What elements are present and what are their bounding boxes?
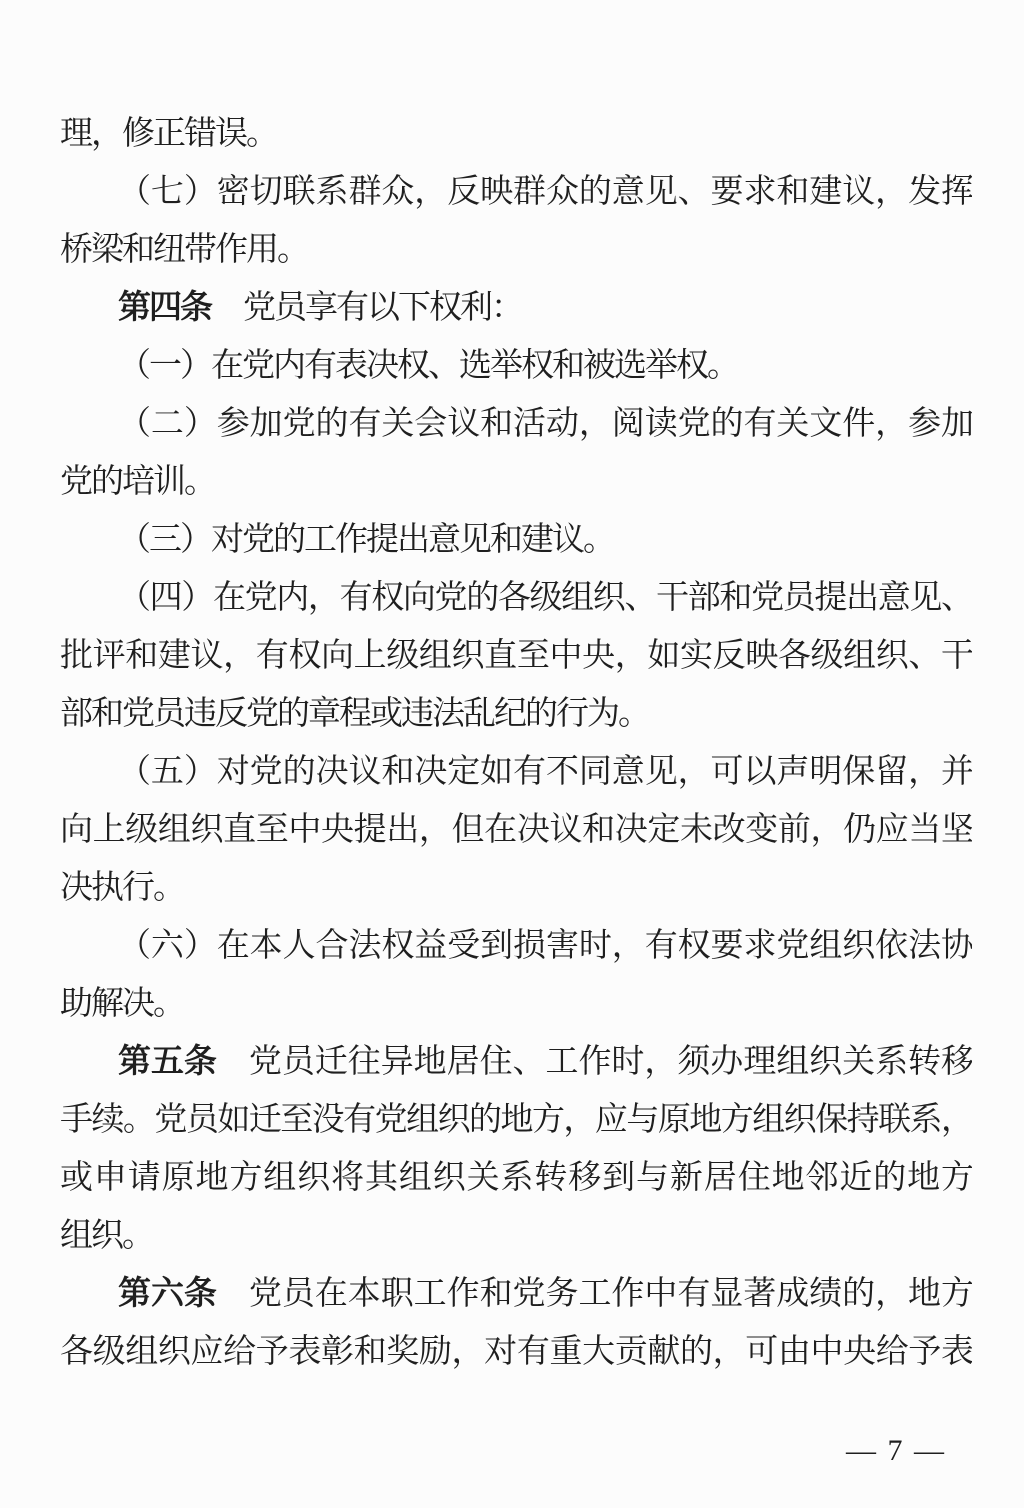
text-line: （三）对党的工作提出意见和建议。 [60, 511, 972, 569]
text-line: （四）在党内，有权向党的各级组织、干部和党员提出意见、 [60, 569, 972, 627]
text-line: 桥梁和纽带作用。 [60, 221, 972, 279]
text-line: （一）在党内有表决权、选举权和被选举权。 [60, 337, 972, 395]
text-line: 或申请原地方组织将其组织关系转移到与新居住地邻近的地方 [60, 1149, 972, 1207]
text-line: 部和党员违反党的章程或违法乱纪的行为。 [60, 685, 972, 743]
article-number: 第六条 [118, 1276, 217, 1312]
text-line: 理，修正错误。 [60, 105, 972, 163]
text-line: 助解决。 [60, 975, 972, 1033]
text-line: （六）在本人合法权益受到损害时，有权要求党组织依法协 [60, 917, 972, 975]
text-line: （七）密切联系群众，反映群众的意见、要求和建议，发挥 [60, 163, 972, 221]
document-page: 理，修正错误。（七）密切联系群众，反映群众的意见、要求和建议，发挥桥梁和纽带作用… [0, 0, 1024, 1508]
page-number: — 7 — [846, 1434, 946, 1468]
text-line: 第五条党员迁往异地居住、工作时，须办理组织关系转移 [60, 1033, 972, 1091]
text-line: 组织。 [60, 1207, 972, 1265]
text-line: 向上级组织直至中央提出，但在决议和决定未改变前，仍应当坚 [60, 801, 972, 859]
text-line: 手续。党员如迁至没有党组织的地方，应与原地方组织保持联系， [60, 1091, 972, 1149]
text-line: 党的培训。 [60, 453, 972, 511]
article-number: 第四条 [118, 290, 211, 326]
document-content: 理，修正错误。（七）密切联系群众，反映群众的意见、要求和建议，发挥桥梁和纽带作用… [60, 105, 972, 1381]
text-line: 第四条党员享有以下权利： [60, 279, 972, 337]
text-line: （五）对党的决议和决定如有不同意见，可以声明保留，并 [60, 743, 972, 801]
text-line: 第六条党员在本职工作和党务工作中有显著成绩的，地方 [60, 1265, 972, 1323]
article-number: 第五条 [118, 1044, 217, 1080]
text-line: 批评和建议，有权向上级组织直至中央，如实反映各级组织、干 [60, 627, 972, 685]
text-line: （二）参加党的有关会议和活动，阅读党的有关文件，参加 [60, 395, 972, 453]
text-line: 各级组织应给予表彰和奖励，对有重大贡献的，可由中央给予表 [60, 1323, 972, 1381]
text-line: 决执行。 [60, 859, 972, 917]
